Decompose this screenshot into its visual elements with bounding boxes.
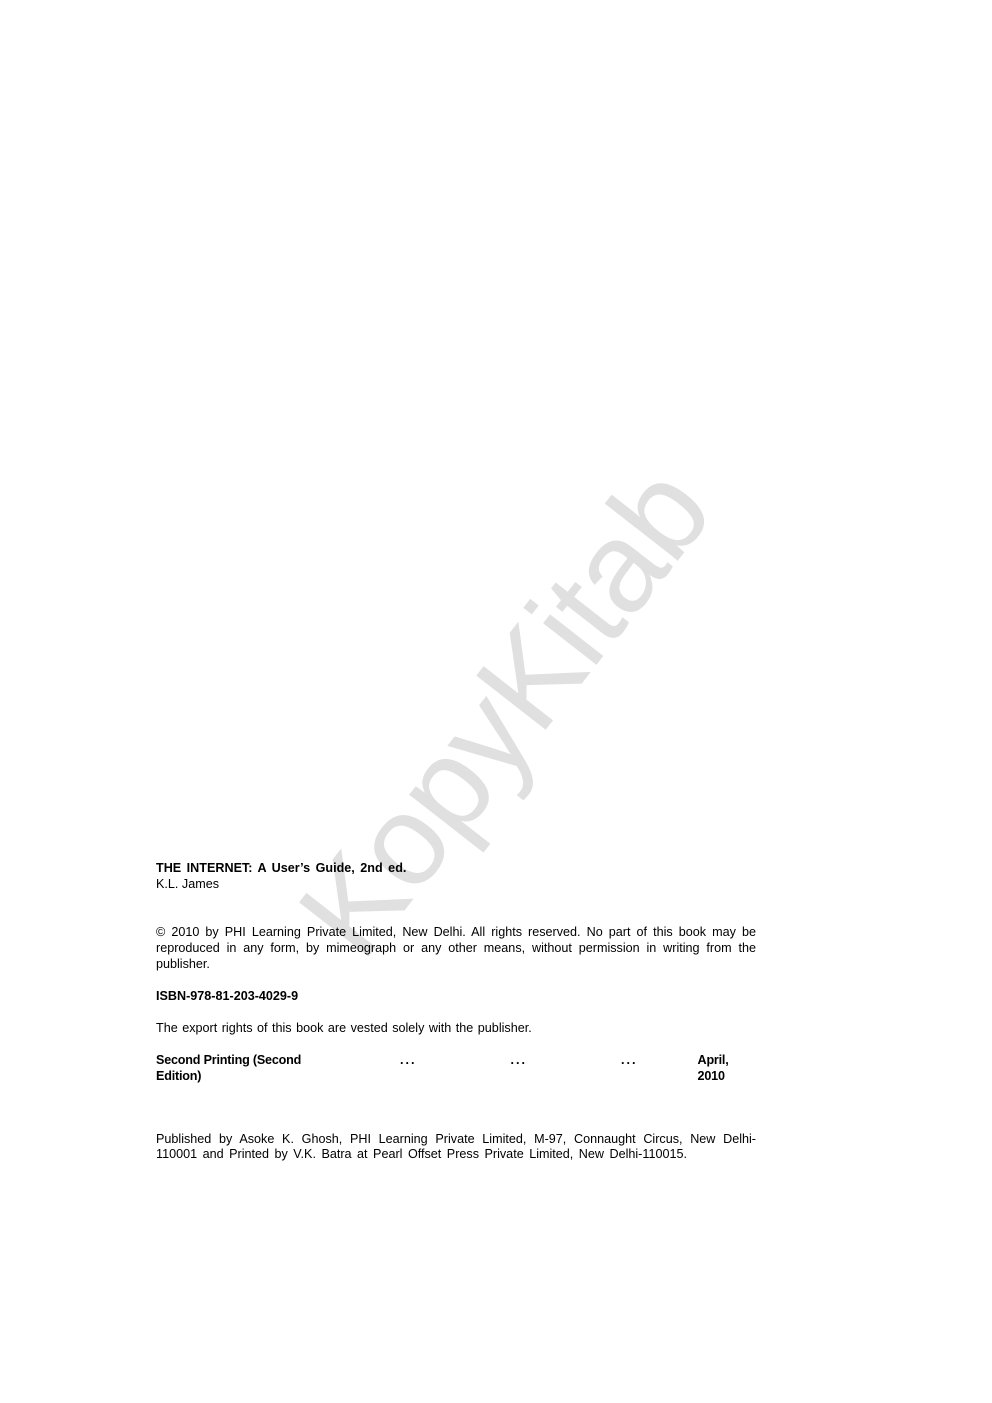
printing-line: Second Printing (Second Edition) ... ...… — [156, 1052, 756, 1084]
dots: ... — [511, 1052, 528, 1084]
export-rights-notice: The export rights of this book are veste… — [156, 1020, 756, 1036]
imprint-page: THE INTERNET: A User’s Guide, 2nd ed. K.… — [156, 860, 756, 1162]
book-author: K.L. James — [156, 876, 756, 892]
dots: ... — [621, 1052, 638, 1084]
publisher-printer-info: Published by Asoke K. Ghosh, PHI Learnin… — [156, 1132, 756, 1162]
printing-label: Second Printing (Second Edition) — [156, 1052, 340, 1084]
isbn: ISBN-978-81-203-4029-9 — [156, 988, 756, 1004]
printing-date: April, 2010 — [698, 1052, 756, 1084]
dots: ... — [400, 1052, 417, 1084]
printing-dots: ... ... ... — [400, 1052, 638, 1084]
book-title: THE INTERNET: A User’s Guide, 2nd ed. — [156, 860, 756, 876]
copyright-notice: © 2010 by PHI Learning Private Limited, … — [156, 924, 756, 972]
